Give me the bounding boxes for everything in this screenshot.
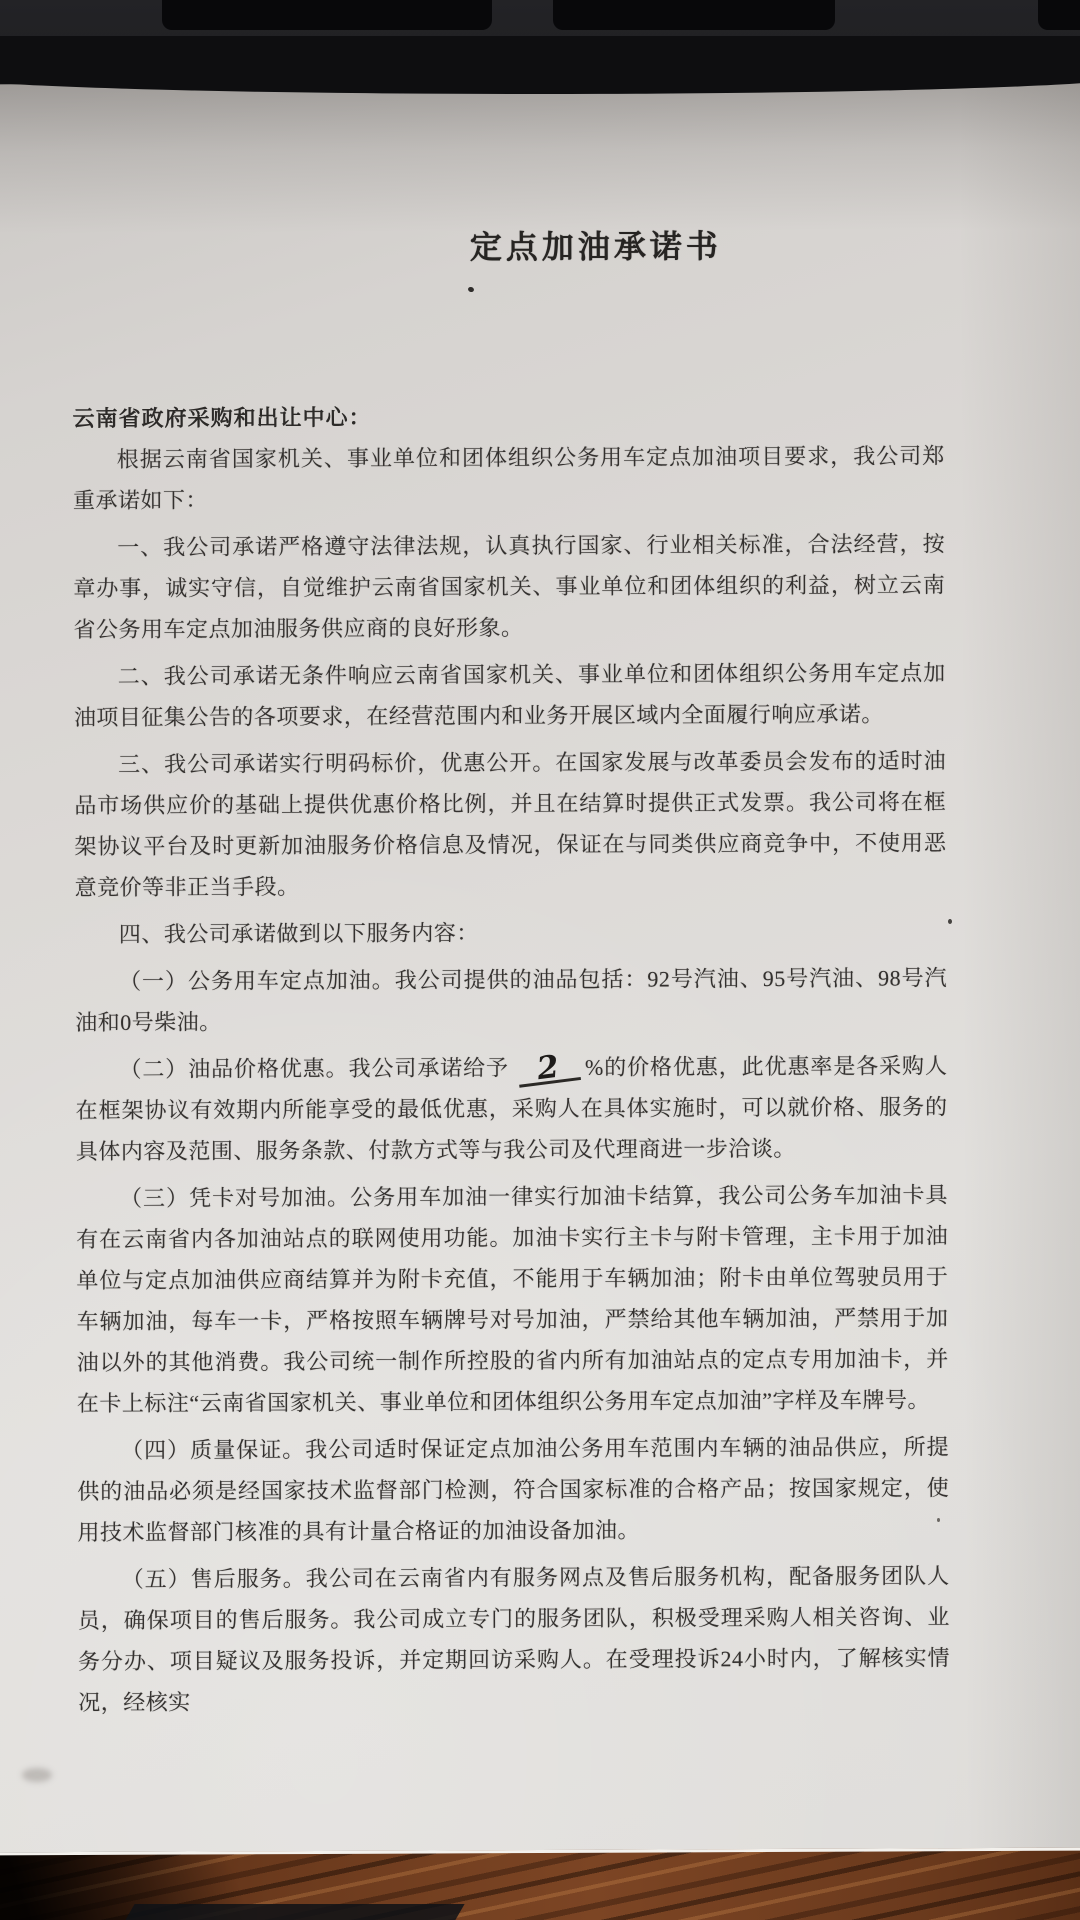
paragraph-section-1: 一、我公司承诺严格遵守法律法规，认真执行国家、行业相关标准，合法经营，按章办事，… — [73, 523, 946, 650]
desk-shadow — [125, 1904, 464, 1920]
paragraph-section-2: 二、我公司承诺无条件响应云南省国家机关、事业单位和团体组织公务用车定点加油项目征… — [74, 652, 946, 738]
handwritten-discount-value: 2 — [515, 1051, 580, 1088]
paragraph-section-4-item-4: （四）质量保证。我公司适时保证定点加油公务用车范围内车辆的油品供应，所提供的油品… — [77, 1426, 950, 1553]
ink-dot-artifact — [948, 919, 952, 924]
keyboard-key — [162, 0, 492, 30]
paragraph-section-4: 四、我公司承诺做到以下服务内容： — [75, 910, 947, 955]
paragraph-section-4-item-1: （一）公务用车定点加油。我公司提供的油品包括：92号汽油、95号汽油、98号汽油… — [75, 957, 947, 1043]
paragraph-section-4-item-2: （二）油品价格优惠。我公司承诺给予2%的价格优惠，此优惠率是各采购人在框架协议有… — [75, 1045, 948, 1172]
discount-text-prefix: （二）油品价格优惠。我公司承诺给予 — [119, 1055, 509, 1082]
desk-photo: 定点加油承诺书 云南省政府采购和出让中心： 根据云南省国家机关、事业单位和团体组… — [0, 0, 1080, 1920]
document-title: 定点加油承诺书 — [160, 220, 1032, 270]
paragraph-section-3: 三、我公司承诺实行明码标价，优惠公开。在国家发展与改革委员会发布的适时油品市场供… — [74, 740, 947, 908]
salutation: 云南省政府采购和出让中心： — [73, 394, 945, 439]
paper-smudge — [22, 1768, 52, 1782]
keyboard-key — [1038, 0, 1080, 30]
document-content: 定点加油承诺书 云南省政府采购和出让中心： 根据云南省国家机关、事业单位和团体组… — [0, 80, 1080, 1724]
paper-sheet: 定点加油承诺书 云南省政府采购和出让中心： 根据云南省国家机关、事业单位和团体组… — [0, 80, 1080, 1856]
paragraph-section-4-item-5: （五）售后服务。我公司在云南省内有服务网点及售后服务机构，配备服务团队人员，确保… — [78, 1555, 951, 1723]
paragraph-section-4-item-3: （三）凭卡对号加油。公务用车加油一律实行加油卡结算，我公司公务车加油卡具有在云南… — [76, 1174, 949, 1424]
ink-dot-artifact — [937, 1518, 940, 1522]
paragraph-intro: 根据云南省国家机关、事业单位和团体组织公务用车定点加油项目要求，我公司郑重承诺如… — [73, 435, 945, 521]
keyboard-key — [553, 0, 835, 30]
laptop-shadow-edge — [0, 36, 1080, 94]
